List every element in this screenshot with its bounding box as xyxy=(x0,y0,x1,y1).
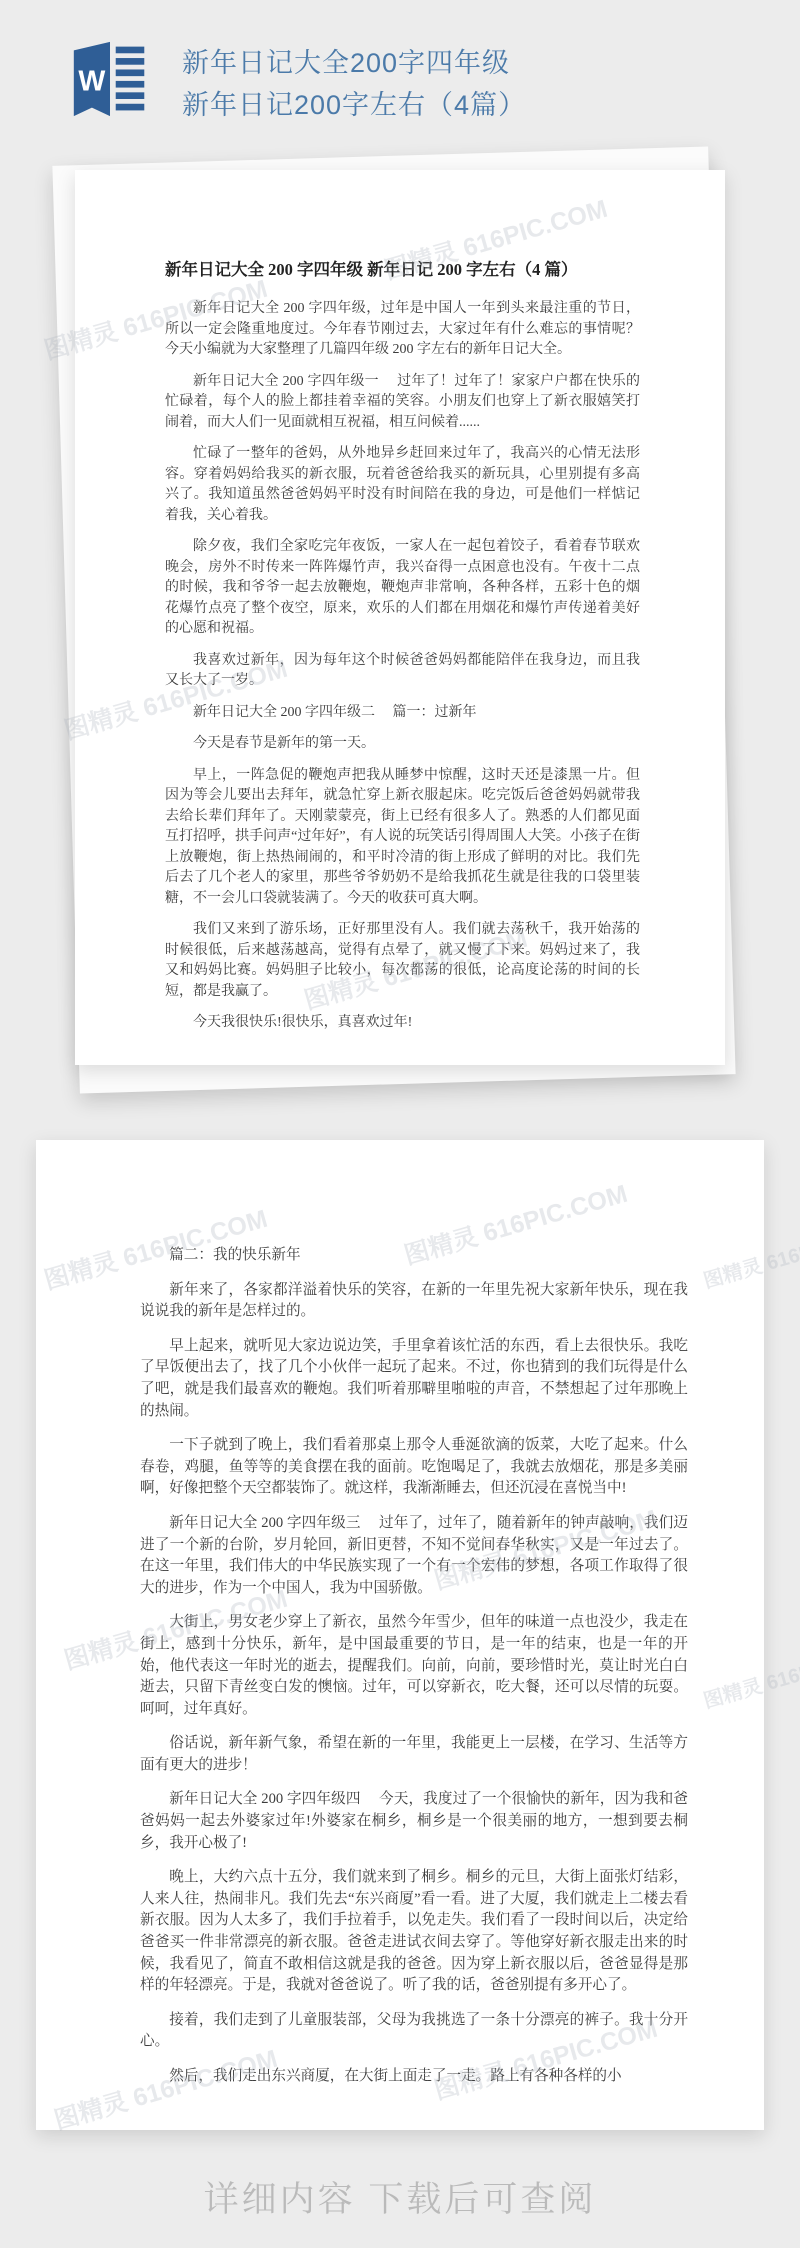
paragraph: 新年来了，各家都洋溢着快乐的笑容，在新的一年里先祝大家新年快乐，现在我说说我的新… xyxy=(140,1280,688,1323)
paragraph: 早上起来，就听见大家边说边笑，手里拿着该忙活的东西，看上去很快乐。我吃了早饭便出… xyxy=(140,1336,688,1422)
page-title-line-2: 新年日记200字左右（4篇） xyxy=(182,84,526,126)
paragraph: 新年日记大全 200 字四年级一 过年了！过年了！家家户户都在快乐的忙碌着，每个… xyxy=(165,372,640,434)
paragraph: 大街上，男女老少穿上了新衣，虽然今年雪少，但年的味道一点也没少，我走在街上，感到… xyxy=(140,1612,688,1720)
paragraph: 今天我很快乐!很快乐，真喜欢过年! xyxy=(165,1013,640,1034)
paragraph: 然后，我们走出东兴商厦，在大街上面走了一走。路上有各种各样的小 xyxy=(140,2066,688,2088)
paragraph: 新年日记大全 200 字四年级四 今天，我度过了一个很愉快的新年，因为我和爸爸妈… xyxy=(140,1789,688,1854)
paragraph: 新年日记大全 200 字四年级，过年是中国人一年到头来最注重的节日，所以一定会隆… xyxy=(165,299,640,361)
paragraph: 俗话说，新年新气象，希望在新的一年里，我能更上一层楼，在学习、生活等方面有更大的… xyxy=(140,1733,688,1776)
page-title: 新年日记大全200字四年级 新年日记200字左右（4篇） xyxy=(182,36,526,126)
paragraph: 除夕夜，我们全家吃完年夜饭，一家人在一起包着饺子，看着春节联欢晚会，房外不时传来… xyxy=(165,537,640,640)
paragraph: 我们又来到了游乐场，正好那里没有人。我们就去荡秋千，我开始荡的时候很低，后来越荡… xyxy=(165,920,640,1002)
paragraph: 新年日记大全 200 字四年级三 过年了，过年了，随着新年的钟声敲响，我们迈进了… xyxy=(140,1513,688,1599)
page1-body: 新年日记大全 200 字四年级，过年是中国人一年到头来最注重的节日，所以一定会隆… xyxy=(165,299,640,1034)
paragraph: 新年日记大全 200 字四年级二 篇一：过新年 xyxy=(165,703,640,724)
page2-body: 篇二：我的快乐新年新年来了，各家都洋溢着快乐的笑容，在新的一年里先祝大家新年快乐… xyxy=(140,1245,688,2088)
paragraph: 接着，我们走到了儿童服装部，父母为我挑选了一条十分漂亮的裤子。我十分开心。 xyxy=(140,2010,688,2053)
page-title-line-1: 新年日记大全200字四年级 xyxy=(182,42,526,84)
paragraph: 一下子就到了晚上，我们看着那桌上那令人垂涎欲滴的饭菜，大吃了起来。什么春卷，鸡腿… xyxy=(140,1435,688,1500)
word-icon-graphic: W xyxy=(70,36,150,122)
svg-text:W: W xyxy=(78,65,105,97)
paragraph: 篇二：我的快乐新年 xyxy=(140,1245,688,1267)
document-preview-page-2[interactable]: 篇二：我的快乐新年新年来了，各家都洋溢着快乐的笑容，在新的一年里先祝大家新年快乐… xyxy=(36,1140,764,2130)
document-title: 新年日记大全 200 字四年级 新年日记 200 字左右（4 篇） xyxy=(165,256,640,283)
document-preview-page-1[interactable]: 新年日记大全 200 字四年级 新年日记 200 字左右（4 篇） 新年日记大全… xyxy=(75,170,725,1065)
header: W 新年日记大全200字四年级 新年日记200字左右（4篇） xyxy=(70,36,526,126)
paragraph: 我喜欢过新年，因为每年这个时候爸爸妈妈都能陪伴在我身边，而且我又长大了一岁。 xyxy=(165,651,640,692)
paragraph: 晚上，大约六点十五分，我们就来到了桐乡。桐乡的元旦，大街上面张灯结彩，人来人往，… xyxy=(140,1867,688,1997)
download-hint-text: 详细内容 下载后可查阅 xyxy=(0,2172,800,2222)
paragraph: 忙碌了一整年的爸妈，从外地异乡赶回来过年了，我高兴的心情无法形容。穿着妈妈给我买… xyxy=(165,444,640,526)
paragraph: 今天是春节是新年的第一天。 xyxy=(165,734,640,755)
page-canvas: W 新年日记大全200字四年级 新年日记200字左右（4篇） 新年日记大全 20… xyxy=(0,0,800,2248)
paragraph: 早上，一阵急促的鞭炮声把我从睡梦中惊醒，这时天还是漆黑一片。但因为等会儿要出去拜… xyxy=(165,766,640,910)
word-document-icon: W xyxy=(70,36,150,122)
